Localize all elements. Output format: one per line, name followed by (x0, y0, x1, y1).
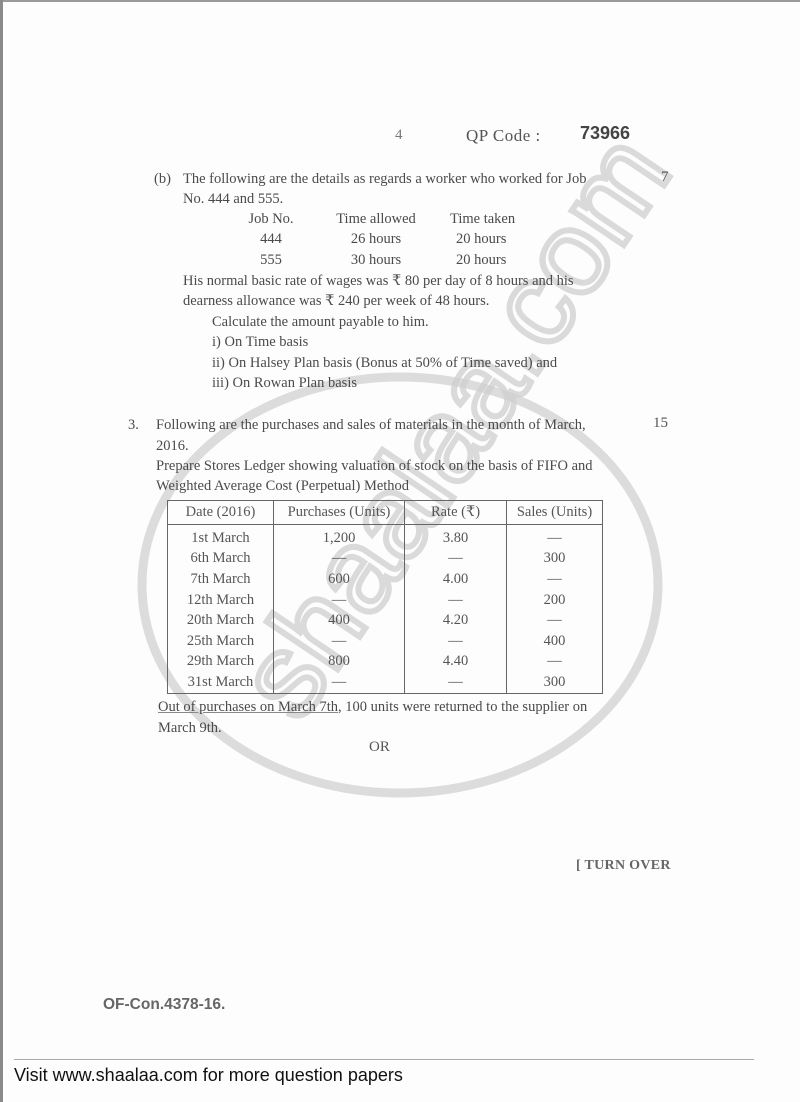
page-number: 4 (395, 127, 403, 144)
table-cell: 800 (274, 652, 405, 673)
table-cell: 400 (274, 610, 405, 631)
question-text-line: Prepare Stores Ledger showing valuation … (156, 456, 593, 477)
table-header: Time taken (440, 209, 550, 230)
purchases-sales-table: Date (2016) Purchases (Units) Rate (₹) S… (167, 500, 603, 694)
sub-part: iii) On Rowan Plan basis (212, 373, 357, 394)
note-text: , 100 units were returned to the supplie… (338, 699, 587, 715)
table-header: Rate (₹) (405, 501, 507, 525)
footer-link[interactable]: Visit www.shaalaa.com for more question … (14, 1065, 403, 1086)
table-header-row: Job No. Time allowed Time taken (230, 209, 550, 230)
question-text-line: The following are the details as regards… (183, 169, 586, 190)
question-text-line: His normal basic rate of wages was ₹ 80 … (183, 271, 574, 292)
turn-over-label: [ TURN OVER (576, 858, 671, 874)
scan-edge-top (0, 0, 800, 2)
table-row: 555 30 hours 20 hours (230, 250, 550, 271)
table-row: 12th March——200 (168, 590, 603, 611)
table-cell: — (274, 672, 405, 693)
table-cell: 200 (507, 590, 603, 611)
table-row: 7th March6004.00— (168, 569, 603, 590)
or-separator: OR (369, 737, 390, 758)
question-text-line: dearness allowance was ₹ 240 per week of… (183, 291, 489, 312)
question-text-line: Weighted Average Cost (Perpetual) Method (156, 476, 409, 497)
table-cell: 1,200 (274, 525, 405, 549)
question-text-line: No. 444 and 555. (183, 189, 283, 210)
table-cell: — (405, 590, 507, 611)
table-header: Purchases (Units) (274, 501, 405, 525)
scan-edge-left (0, 0, 3, 1102)
table-cell: 555 (230, 250, 312, 271)
table-row: 29th March8004.40— (168, 652, 603, 673)
table-cell: 7th March (168, 569, 274, 590)
table-cell: 26 hours (312, 230, 440, 251)
table-cell: — (507, 525, 603, 549)
table-cell: — (507, 610, 603, 631)
marks: 15 (653, 415, 668, 432)
table-cell: 29th March (168, 652, 274, 673)
note-underlined: Out of purchases on March 7th (158, 699, 338, 715)
table-cell: 20 hours (440, 230, 550, 251)
table-cell: 444 (230, 230, 312, 251)
table-header: Date (2016) (168, 501, 274, 525)
instruction: Calculate the amount payable to him. (212, 312, 429, 333)
table-header: Job No. (230, 209, 312, 230)
question-label: (b) (154, 169, 171, 190)
sub-part: ii) On Halsey Plan basis (Bonus at 50% o… (212, 353, 557, 374)
table-row: 6th March——300 (168, 549, 603, 570)
table-cell: — (274, 631, 405, 652)
qp-code-value: 73966 (580, 123, 630, 144)
table-header: Time allowed (312, 209, 440, 230)
table-cell: 4.40 (405, 652, 507, 673)
table-cell: 25th March (168, 631, 274, 652)
table-cell: 400 (507, 631, 603, 652)
table-cell: 300 (507, 672, 603, 693)
table-body: 1st March1,2003.80—6th March——3007th Mar… (168, 525, 603, 694)
note-line: March 9th. (158, 718, 222, 739)
table-row: 444 26 hours 20 hours (230, 230, 550, 251)
table-cell: 4.20 (405, 610, 507, 631)
table-cell: 1st March (168, 525, 274, 549)
table-cell: 3.80 (405, 525, 507, 549)
job-time-table: Job No. Time allowed Time taken 444 26 h… (230, 209, 550, 271)
table-cell: 300 (507, 549, 603, 570)
question-text-line: 2016. (156, 436, 189, 457)
marks: 7 (661, 169, 669, 186)
table-cell: 12th March (168, 590, 274, 611)
question-label: 3. (128, 415, 139, 436)
question-text-line: Following are the purchases and sales of… (156, 415, 586, 436)
qp-code-label: QP Code : (466, 126, 541, 146)
table-cell: 30 hours (312, 250, 440, 271)
table-cell: 20 hours (440, 250, 550, 271)
note-line: Out of purchases on March 7th, 100 units… (158, 697, 587, 718)
table-cell: — (507, 569, 603, 590)
table-cell: — (405, 672, 507, 693)
table-header-row: Date (2016) Purchases (Units) Rate (₹) S… (168, 501, 603, 525)
table-cell: — (274, 549, 405, 570)
table-cell: 31st March (168, 672, 274, 693)
table-row: 20th March4004.20— (168, 610, 603, 631)
table-cell: — (274, 590, 405, 611)
table-cell: 600 (274, 569, 405, 590)
table-row: 1st March1,2003.80— (168, 525, 603, 549)
table-cell: 20th March (168, 610, 274, 631)
table-cell: — (405, 549, 507, 570)
table-header: Sales (Units) (507, 501, 603, 525)
sub-part: i) On Time basis (212, 332, 308, 353)
table-cell: 4.00 (405, 569, 507, 590)
footer-divider (14, 1059, 754, 1060)
document-code: OF-Con.4378-16. (103, 996, 225, 1014)
table-cell: — (405, 631, 507, 652)
table-cell: — (507, 652, 603, 673)
table-row: 31st March——300 (168, 672, 603, 693)
table-row: 25th March——400 (168, 631, 603, 652)
table-cell: 6th March (168, 549, 274, 570)
